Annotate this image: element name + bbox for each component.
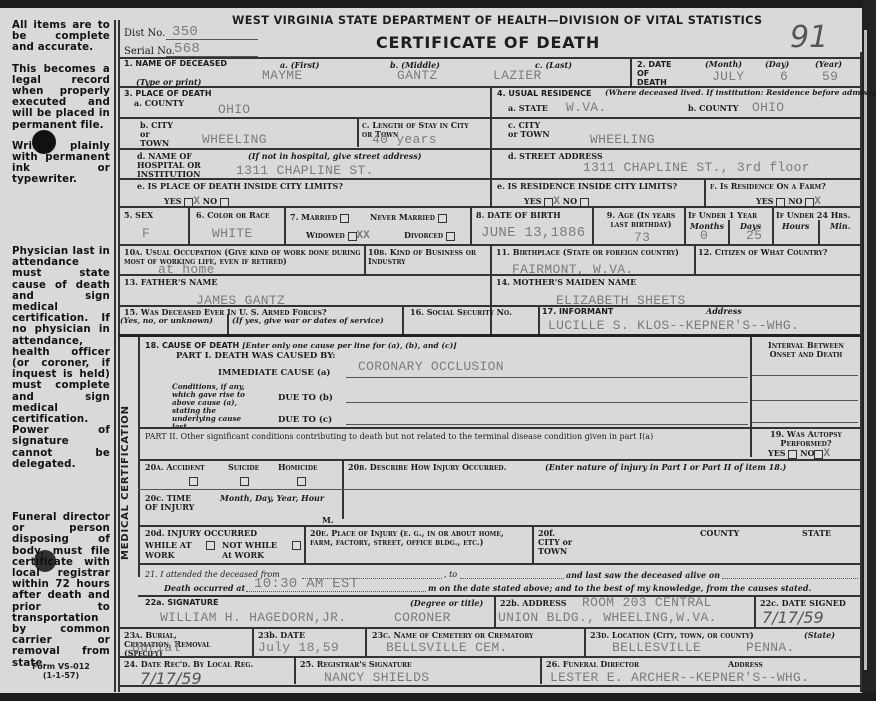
frame-left-inner bbox=[118, 20, 120, 692]
sidebar-instructions-top: All items are to be complete and accurat… bbox=[12, 20, 110, 196]
death-month-value: JULY bbox=[712, 69, 744, 84]
rule bbox=[118, 57, 860, 59]
under-1-year-label: If Under 1 Year bbox=[688, 211, 757, 220]
due-to-b-label: DUE TO (b) bbox=[278, 394, 333, 403]
street-value: 1311 CHAPLINE ST., 3rd floor bbox=[583, 160, 810, 175]
interval-line-c bbox=[752, 422, 858, 423]
armed-forces-sub1: (Yes, no, or unknown) bbox=[120, 317, 213, 326]
yes-label: YES bbox=[164, 196, 182, 206]
divider bbox=[494, 595, 496, 627]
homicide-label: Homicide bbox=[278, 463, 318, 472]
dist-underline bbox=[166, 39, 258, 40]
burial-date-label: 23b. DATE bbox=[258, 631, 305, 640]
degree-value: CORONER bbox=[394, 610, 451, 625]
form-id: Form VS-012 bbox=[12, 662, 110, 671]
item4-label: 4. USUAL RESIDENCE bbox=[497, 90, 591, 99]
conditions-note: Conditions, if any, which gave rise to a… bbox=[172, 383, 258, 431]
informant-address-label: Address bbox=[706, 307, 742, 316]
divider bbox=[772, 206, 774, 244]
interval-line-a bbox=[752, 375, 858, 376]
divider bbox=[694, 244, 696, 274]
form-number: Form VS-012 (1-1-57) bbox=[12, 662, 110, 680]
injury-occurred-label: 20d. INJURY OCCURRED bbox=[145, 529, 257, 538]
last-name-value: LAZIER bbox=[493, 68, 542, 83]
location-label: 23d. Location (City, town, or county) bbox=[590, 631, 754, 640]
not-while-at-work-checkbox[interactable] bbox=[292, 541, 301, 550]
divider bbox=[227, 314, 229, 334]
divider bbox=[728, 220, 730, 244]
yes-label: YES bbox=[756, 196, 774, 206]
yes-label: YES bbox=[524, 196, 542, 206]
location-state-label: (State) bbox=[804, 631, 835, 640]
serial-number: 568 bbox=[174, 41, 200, 57]
place-of-injury-label: 20e. Place of Injury (e. g., in or about… bbox=[310, 529, 510, 547]
hospital-label: d. NAME OF HOSPITAL OR INSTITUTION bbox=[137, 152, 225, 179]
first-name-value: MAYME bbox=[262, 68, 303, 83]
injury-county-label: COUNTY bbox=[700, 529, 739, 538]
months-value: 0 bbox=[700, 228, 708, 243]
punch-hole-icon bbox=[34, 550, 56, 572]
funeral-director-label: 26. Funeral Director bbox=[546, 660, 639, 669]
page-title: CERTIFICATE OF DEATH bbox=[376, 33, 600, 52]
rule bbox=[138, 525, 860, 527]
frame-left bbox=[114, 20, 116, 692]
sex-value: F bbox=[142, 226, 150, 241]
hospital-note: (If not in hospital, give street address… bbox=[248, 152, 422, 161]
not-while-at-work-label: NOT WHILE At WORK bbox=[222, 540, 286, 560]
injury-description-label: 20b. Describe How Injury Occurred. bbox=[348, 463, 506, 472]
father-label: 13. FATHER'S NAME bbox=[124, 278, 217, 287]
note-legal-record: This becomes a legal record when properl… bbox=[12, 64, 110, 131]
divider bbox=[704, 178, 706, 206]
cause-of-death-label: 18. CAUSE OF DEATH bbox=[145, 341, 239, 350]
divider bbox=[364, 244, 366, 274]
divorced-checkbox[interactable] bbox=[446, 232, 455, 241]
res-city-label: c. CITY or TOWN bbox=[508, 121, 552, 139]
location-city-value: BELLESVILLE bbox=[612, 640, 701, 655]
immediate-cause-label: IMMEDIATE CAUSE (a) bbox=[218, 369, 330, 378]
date-signed-value: 7/17/59 bbox=[762, 608, 824, 627]
dist-number: 350 bbox=[172, 24, 198, 40]
disposition-value: Burial bbox=[132, 640, 181, 655]
widowed-checkbox[interactable] bbox=[348, 232, 357, 241]
divider bbox=[188, 206, 190, 244]
divider bbox=[750, 337, 752, 457]
rule bbox=[118, 206, 860, 208]
funeral-director-address-label: Address bbox=[728, 660, 763, 669]
physician-address-line1: ROOM 203 CENTRAL bbox=[582, 595, 712, 610]
scan-right-highlight bbox=[864, 30, 867, 670]
rule bbox=[118, 627, 860, 629]
divider bbox=[532, 525, 534, 563]
divider bbox=[470, 206, 472, 244]
rule bbox=[138, 595, 860, 597]
date-received-label: 24. Date Rec'd. By Local Reg. bbox=[124, 660, 253, 669]
res-city-value: WHEELING bbox=[590, 132, 655, 147]
suicide-checkbox[interactable] bbox=[240, 477, 249, 486]
death-time-field[interactable] bbox=[246, 591, 426, 592]
divider bbox=[490, 86, 492, 206]
farm-label: f. Is Residence On a Farm? bbox=[710, 182, 826, 191]
item1-label: 1. NAME OF DECEASED bbox=[124, 60, 227, 69]
rule bbox=[138, 489, 860, 490]
year-label: (Year) bbox=[815, 60, 842, 69]
rule bbox=[118, 274, 860, 276]
cemetery-value: BELLSVILLE CEM. bbox=[386, 640, 508, 655]
scan-bottom-edge bbox=[0, 693, 876, 701]
handwritten-number: 91 bbox=[790, 20, 828, 55]
yes-label: YES bbox=[768, 448, 786, 458]
rule-heavy bbox=[118, 334, 860, 337]
last-saw-label: and last saw the deceased alive on bbox=[566, 571, 720, 580]
divider bbox=[490, 244, 492, 334]
race-label: 6. Color or Race bbox=[196, 211, 270, 220]
medical-certification-label: MEDICAL CERTIFICATION bbox=[120, 405, 131, 560]
line-b bbox=[346, 402, 748, 403]
registrar-signature-value: NANCY SHIELDS bbox=[324, 670, 429, 685]
divider bbox=[540, 656, 542, 684]
injury-description-note: (Enter nature of injury in Part I or Par… bbox=[545, 463, 786, 472]
under-24-hrs-label: If Under 24 Hrs. bbox=[776, 211, 850, 220]
medical-frame-left bbox=[138, 337, 140, 577]
divider bbox=[357, 117, 359, 147]
divider bbox=[365, 628, 367, 656]
degree-label: (Degree or title) bbox=[410, 599, 483, 608]
never-married-label: Never Married bbox=[370, 212, 435, 222]
part1-label: PART I. DEATH WAS CAUSED BY: bbox=[176, 352, 335, 361]
divider bbox=[818, 220, 820, 244]
divorced-label: Divorced bbox=[404, 230, 443, 240]
time-of-injury-note: Month, Day, Year, Hour bbox=[220, 494, 324, 503]
sidebar-physician-note: Physician last in attendance must state … bbox=[12, 246, 110, 470]
death-inside-city-label: e. IS PLACE OF DEATH INSIDE CITY LIMITS? bbox=[137, 182, 343, 191]
min-label: Min. bbox=[830, 222, 851, 231]
signature-value: WILLIAM H. HAGEDORN,JR. bbox=[160, 610, 346, 625]
scan-top-edge bbox=[0, 0, 876, 8]
sidebar-funeral-note: Funeral director or person disposing of … bbox=[12, 512, 110, 669]
cause-note: [Enter only one cause per line for (a), … bbox=[242, 341, 457, 350]
informant-label: 17. INFORMANT bbox=[542, 308, 613, 317]
death-city-value: WHEELING bbox=[202, 132, 267, 147]
last-saw-field[interactable] bbox=[722, 578, 858, 579]
sex-label: 5. SEX bbox=[124, 211, 153, 220]
rule bbox=[118, 178, 860, 180]
line-c bbox=[346, 424, 748, 425]
time-of-injury-label: 20c. TIME OF INJURY bbox=[145, 494, 205, 512]
physician-address-label: 22b. ADDRESS bbox=[500, 599, 567, 608]
no-label: NO bbox=[800, 448, 814, 458]
divider bbox=[684, 206, 686, 244]
divider bbox=[630, 58, 632, 86]
accident-checkbox[interactable] bbox=[189, 477, 198, 486]
autopsy-label: 19. Was Autopsy Performed? bbox=[756, 430, 856, 448]
rule bbox=[118, 685, 860, 687]
signature-label: 22a. SIGNATURE bbox=[145, 599, 219, 608]
res-state-value: W.VA. bbox=[566, 100, 607, 115]
physician-address-line2: UNION BLDG., WHEELING,W.VA. bbox=[498, 610, 717, 625]
form-date: (1-1-57) bbox=[12, 671, 110, 680]
injury-city-label: 20f. CITY or TOWN bbox=[538, 529, 578, 556]
age-value: 73 bbox=[634, 230, 650, 245]
death-occurred-tail: m on the date stated above; and to the b… bbox=[428, 584, 811, 593]
day-label: (Day) bbox=[765, 60, 789, 69]
widowed-option[interactable]: Widowed XX bbox=[306, 231, 370, 241]
location-state-value: PENNA. bbox=[746, 640, 795, 655]
no-label: NO bbox=[203, 196, 217, 206]
while-at-work-checkbox[interactable] bbox=[206, 541, 215, 550]
injury-state-label: STATE bbox=[802, 529, 831, 538]
suicide-label: Suicide bbox=[228, 463, 259, 472]
ssn-label: 16. Social Security No. bbox=[410, 308, 512, 317]
autopsy-options[interactable]: YES NOX bbox=[768, 449, 830, 459]
divider bbox=[754, 595, 756, 627]
part2-label: PART II. Other significant conditions co… bbox=[145, 433, 653, 442]
punch-hole-icon bbox=[32, 130, 56, 154]
death-time-value: 10:30 AM EST bbox=[254, 576, 358, 592]
attended-to-field[interactable] bbox=[460, 578, 564, 579]
informant-value: LUCILLE S. KLOS--KEPNER'S--WHG. bbox=[548, 318, 799, 333]
divider bbox=[294, 656, 296, 684]
attended-to-label: , to bbox=[444, 571, 457, 580]
widowed-label: Widowed bbox=[306, 230, 345, 240]
divider bbox=[584, 628, 586, 656]
cemetery-label: 23c. Name of Cemetery or Crematory bbox=[372, 631, 533, 640]
city-label: b. CITY or TOWN bbox=[140, 121, 178, 148]
mother-label: 14. MOTHER'S MAIDEN NAME bbox=[496, 278, 636, 287]
age-label: 9. Age (In years last birthday) bbox=[598, 211, 684, 229]
race-value: WHITE bbox=[212, 226, 253, 241]
yes-checkbox[interactable] bbox=[788, 450, 797, 459]
divider bbox=[252, 628, 254, 656]
item2-label: 2. DATE OF DEATH bbox=[637, 60, 681, 87]
funeral-director-value: LESTER E. ARCHER--KEPNER'S--WHG. bbox=[550, 670, 809, 685]
married-checkbox[interactable] bbox=[340, 214, 349, 223]
time-meridiem: M. bbox=[322, 516, 334, 525]
rule bbox=[138, 459, 860, 461]
death-year-value: 59 bbox=[822, 69, 838, 84]
married-option[interactable]: 7. Married bbox=[290, 213, 349, 223]
registrar-signature-label: 25. Registrar's Signature bbox=[300, 660, 412, 669]
res-county-value: OHIO bbox=[752, 100, 784, 115]
death-county-value: OHIO bbox=[218, 102, 250, 117]
due-to-c-label: DUE TO (c) bbox=[278, 416, 332, 425]
hours-label: Hours bbox=[782, 222, 809, 231]
x-mark: XX bbox=[357, 230, 370, 242]
no-label: NO bbox=[563, 196, 577, 206]
date-signed-label: 22c. DATE SIGNED bbox=[760, 599, 846, 608]
homicide-checkbox[interactable] bbox=[297, 477, 306, 486]
note-write-plainly: Write plainly with permanent ink or type… bbox=[12, 141, 110, 186]
month-label: (Month) bbox=[705, 60, 742, 69]
divorced-option[interactable]: Divorced bbox=[404, 231, 455, 241]
no-label: NO bbox=[788, 196, 802, 206]
rule bbox=[138, 427, 860, 429]
armed-forces-sub2: (If yes, give war or dates of service) bbox=[232, 317, 384, 326]
business-label: 10b. Kind of Business or Industry bbox=[368, 248, 486, 266]
interval-line-b bbox=[752, 400, 858, 401]
rule bbox=[118, 244, 860, 246]
citizen-label: 12. Citizen of What Country? bbox=[698, 248, 827, 257]
interval-label: Interval Between Onset and Death bbox=[756, 341, 856, 359]
res-inside-city-label: e. IS RESIDENCE INSIDE CITY LIMITS? bbox=[497, 182, 677, 191]
death-day-value: 6 bbox=[780, 69, 788, 84]
death-occurred-label: Death occurred at bbox=[164, 584, 245, 593]
rule bbox=[118, 656, 860, 658]
rule bbox=[118, 148, 860, 150]
agency-title: WEST VIRGINIA STATE DEPARTMENT OF HEALTH… bbox=[232, 14, 762, 27]
dist-label: Dist No. bbox=[124, 30, 165, 39]
stay-value: 40 years bbox=[372, 132, 437, 147]
burial-date-value: July 18,59 bbox=[258, 640, 339, 655]
item4-note: (Where deceased lived. If institution: R… bbox=[605, 89, 876, 98]
married-label: 7. Married bbox=[290, 212, 337, 222]
divider bbox=[402, 305, 404, 334]
res-state-label: a. STATE bbox=[508, 104, 548, 113]
never-married-checkbox[interactable] bbox=[438, 214, 447, 223]
rule bbox=[118, 117, 860, 119]
hospital-value: 1311 CHAPLINE ST. bbox=[236, 163, 374, 178]
frame-right bbox=[860, 52, 862, 692]
days-value: 25 bbox=[746, 228, 762, 243]
birthplace-label: 11. Birthplace (State or foreign country… bbox=[496, 248, 679, 257]
divider bbox=[592, 206, 594, 244]
line-a bbox=[346, 377, 748, 378]
middle-name-value: GANTZ bbox=[397, 68, 438, 83]
divider bbox=[304, 525, 306, 563]
never-married-option[interactable]: Never Married bbox=[370, 213, 447, 223]
rule bbox=[138, 563, 860, 565]
res-county-label: b. COUNTY bbox=[688, 104, 738, 113]
county-label: a. COUNTY bbox=[134, 99, 184, 108]
divider bbox=[284, 206, 286, 244]
note-complete: All items are to be complete and accurat… bbox=[12, 20, 110, 54]
accident-label: 20a. Accident bbox=[145, 463, 205, 472]
dob-label: 8. DATE OF BIRTH bbox=[476, 211, 561, 220]
divider bbox=[538, 305, 540, 334]
immediate-cause-value: CORONARY OCCLUSION bbox=[358, 359, 504, 374]
while-at-work-label: WHILE AT WORK bbox=[145, 540, 205, 560]
dob-value: JUNE 13,1886 bbox=[481, 225, 585, 241]
